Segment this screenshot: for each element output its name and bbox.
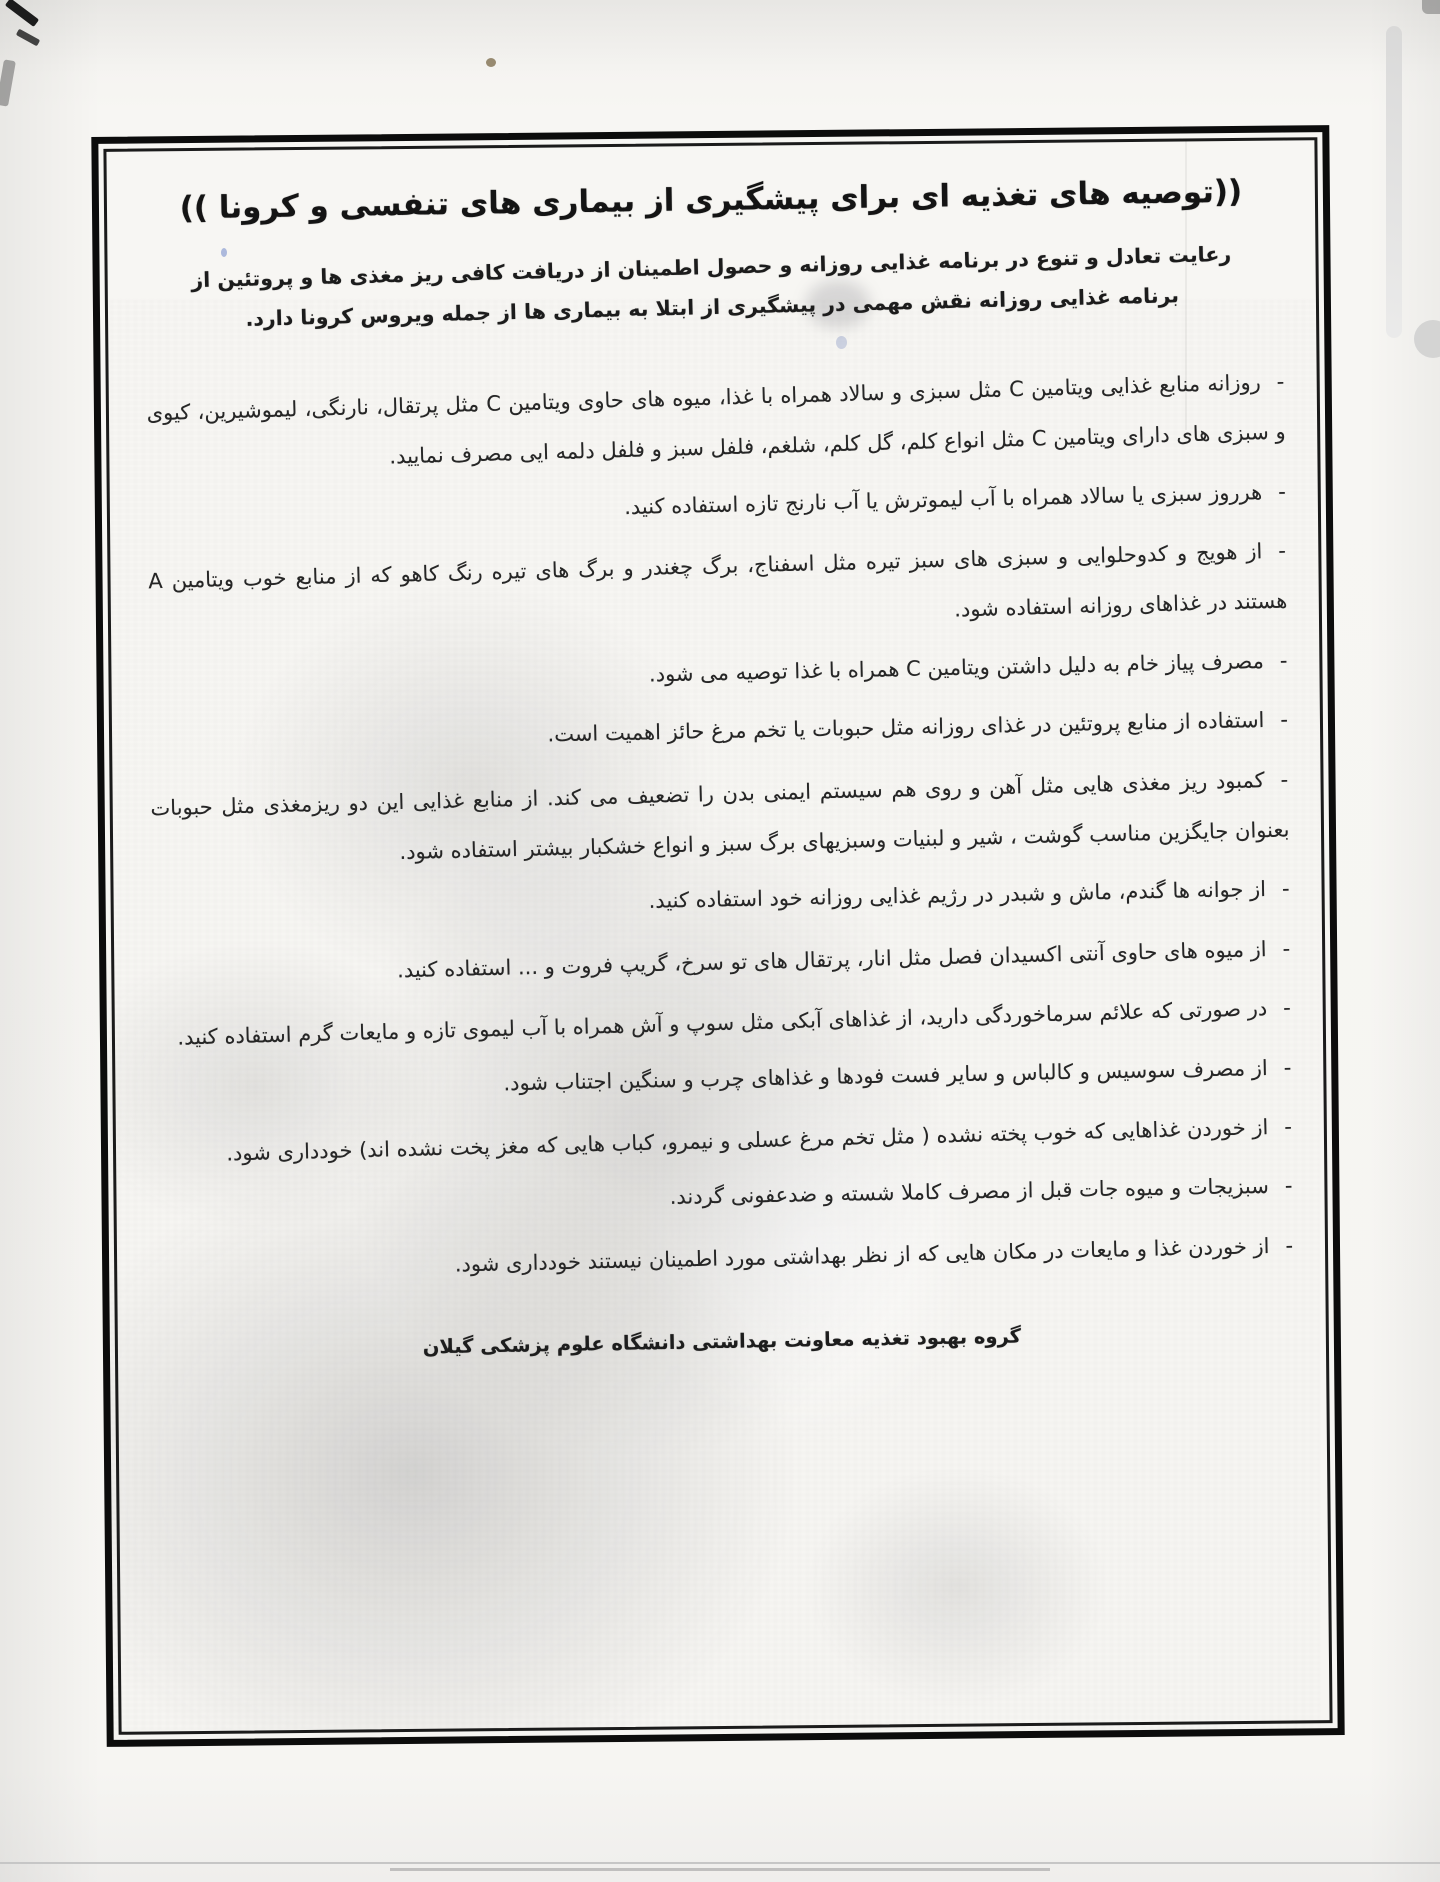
footer-credit: گروه بهبود تغذیه معاونت بهداشتی دانشگاه … [146,1320,1298,1364]
dash-bullet: - [1278,526,1287,577]
recommendation-item: -روزانه منابع غذایی ویتامین C مثل سبزی و… [146,356,1286,489]
recommendation-item: -از خوردن غذا و مایعات در مکان هایی که ا… [155,1220,1294,1296]
recommendation-item: -از هویج و کدوحلوایی و سبزی های سبز تیره… [148,526,1288,658]
recommendation-text: استفاده از منابع پروتئین در غذای روزانه … [547,708,1264,746]
recommendation-text: مصرف پیاز خام به دلیل داشتن ویتامین C هم… [649,649,1264,686]
dash-bullet: - [1284,1102,1293,1153]
dash-bullet: - [1282,983,1291,1034]
recommendation-text: در صورتی که علائم سرماخوردگی دارید، از غ… [177,996,1267,1049]
document-title: ((توصیه های تغذیه ای برای پیشگیری از بیم… [141,173,1281,227]
document-inner-frame: ((توصیه های تغذیه ای برای پیشگیری از بیم… [103,137,1332,1735]
scan-artifact-corner-mark [0,59,16,106]
dash-bullet: - [1279,635,1288,686]
dash-bullet: - [1284,1161,1293,1212]
dash-bullet: - [1278,466,1287,517]
scan-artifact-speck [486,58,496,67]
scan-artifact-corner-mark [16,29,40,47]
dash-bullet: - [1283,1042,1292,1093]
document-border-frame: ((توصیه های تغذیه ای برای پیشگیری از بیم… [91,125,1344,1747]
recommendation-item: -کمبود ریز مغذی هایی مثل آهن و روی هم سی… [150,754,1290,884]
recommendation-text: از مصرف سوسیس و کالباس و سایر فست فودها … [503,1056,1268,1095]
dash-bullet: - [1285,1220,1294,1271]
dash-bullet: - [1282,864,1291,915]
scan-artifact-bottom-line [0,1862,1440,1864]
dash-bullet: - [1280,695,1289,746]
recommendation-text: از خوردن غذاهایی که خوب پخته نشده ( مثل … [226,1115,1269,1165]
recommendation-text: سبزیجات و میوه جات قبل از مصرف کاملا شست… [669,1174,1269,1209]
dash-bullet: - [1282,923,1291,974]
scan-artifact-corner-mark [1422,0,1440,14]
scanned-document-page: ((توصیه های تغذیه ای برای پیشگیری از بیم… [0,0,1440,1882]
scan-artifact-bottom-line [390,1868,1050,1871]
scan-artifact-notch [1414,320,1440,358]
dash-bullet: - [1276,356,1285,407]
recommendation-text: از میوه های حاوی آنتی اکسیدان فصل مثل ان… [397,937,1267,982]
recommendation-text: از هویج و کدوحلوایی و سبزی های سبز تیره … [148,539,1288,622]
dash-bullet: - [1280,754,1289,805]
recommendation-text: از جوانه ها گندم، ماش و شبدر در رژیم غذا… [648,877,1266,913]
scan-artifact-side-band [1386,26,1402,338]
recommendations-list: -روزانه منابع غذایی ویتامین C مثل سبزی و… [147,356,1294,1281]
recommendation-text: از خوردن غذا و مایعات در مکان هایی که از… [455,1234,1270,1276]
intro-paragraph: رعایت تعادل و تنوع در برنامه غذایی روزان… [161,234,1263,342]
recommendation-text: هرروز سبزی یا سالاد همراه با آب لیموترش … [624,480,1263,519]
scan-artifact-corner-mark [5,0,39,27]
recommendation-text: کمبود ریز مغذی هایی مثل آهن و روی هم سیس… [150,768,1290,864]
recommendation-text: روزانه منابع غذایی ویتامین C مثل سبزی و … [146,370,1286,469]
